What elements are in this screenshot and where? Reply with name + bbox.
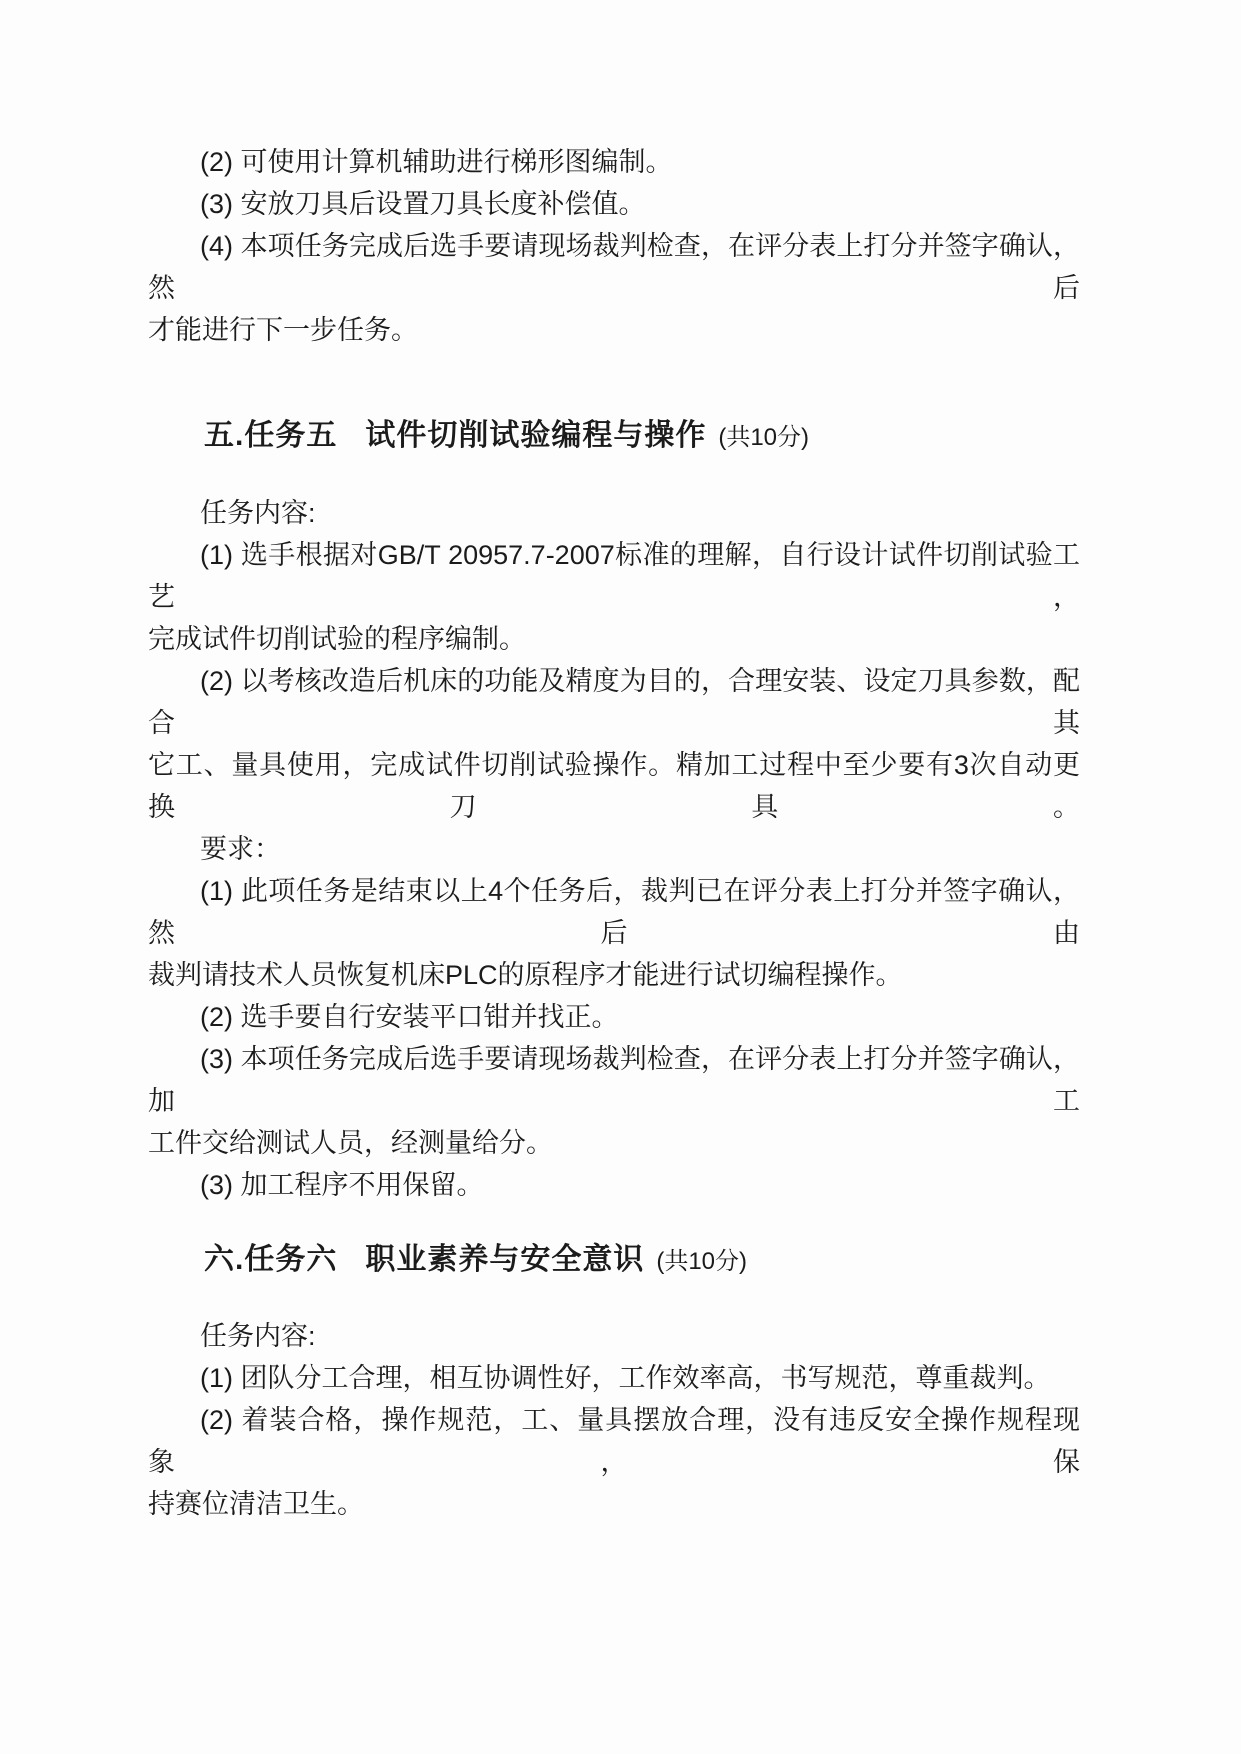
- task5-heading-title: 试件切削试验编程与操作: [365, 414, 706, 458]
- task6-heading: 六.任务六 职业素养与安全意识 (共10分): [148, 1238, 1080, 1284]
- task5-content-label: 任务内容:: [148, 492, 1080, 534]
- task5-require-line-1-continuation: 裁判请技术人员恢复机床PLC的原程序才能进行试切编程操作。: [148, 954, 1080, 996]
- task5-heading-score: (共10分): [718, 416, 809, 460]
- task5-require-line-3-continuation: 工件交给测试人员，经测量给分。: [148, 1122, 1080, 1164]
- task5-require-line-3: (3) 本项任务完成后选手要请现场裁判检查，在评分表上打分并签字确认，加工: [148, 1038, 1080, 1122]
- task4-item-3: (3) 安放刀具后设置刀具长度补偿值。: [148, 183, 1080, 225]
- task4-item-4-continuation: 才能进行下一步任务。: [148, 309, 1080, 351]
- task6-content-line-2-continuation: 持赛位清洁卫生。: [148, 1483, 1080, 1525]
- task6-content-line-1: (1) 团队分工合理，相互协调性好，工作效率高，书写规范，尊重裁判。: [148, 1357, 1080, 1399]
- task6-heading-number: 六.任务六: [204, 1238, 337, 1282]
- task5-heading-number: 五.任务五: [204, 414, 337, 458]
- task6-content-label: 任务内容:: [148, 1315, 1080, 1357]
- task4-item-4: (4) 本项任务完成后选手要请现场裁判检查，在评分表上打分并签字确认，然后: [148, 225, 1080, 309]
- task5-content-line-2: (2) 以考核改造后机床的功能及精度为目的，合理安装、设定刀具参数，配合其: [148, 660, 1080, 744]
- task5-require-line-4: (3) 加工程序不用保留。: [148, 1164, 1080, 1206]
- task5-require-line-1: (1) 此项任务是结束以上4个任务后，裁判已在评分表上打分并签字确认，然后由: [148, 870, 1080, 954]
- task5-require-line-2: (2) 选手要自行安装平口钳并找正。: [148, 996, 1080, 1038]
- task5-content-line-1: (1) 选手根据对GB/T 20957.7-2007标准的理解，自行设计试件切削…: [148, 534, 1080, 618]
- task5-heading: 五.任务五 试件切削试验编程与操作 (共10分): [148, 414, 1080, 460]
- task6-heading-title: 职业素养与安全意识: [365, 1238, 644, 1282]
- document-page: (2) 可使用计算机辅助进行梯形图编制。 (3) 安放刀具后设置刀具长度补偿值。…: [0, 0, 1241, 1754]
- task6-content-line-2: (2) 着装合格，操作规范，工、量具摆放合理，没有违反安全操作规程现象，保: [148, 1399, 1080, 1483]
- page-content: (2) 可使用计算机辅助进行梯形图编制。 (3) 安放刀具后设置刀具长度补偿值。…: [148, 0, 1080, 1525]
- task4-item-2: (2) 可使用计算机辅助进行梯形图编制。: [148, 141, 1080, 183]
- task5-require-label: 要求：: [148, 828, 1080, 870]
- task6-heading-score: (共10分): [656, 1240, 747, 1284]
- task5-content-line-2-continuation: 它工、量具使用，完成试件切削试验操作。精加工过程中至少要有3次自动更换刀具。: [148, 744, 1080, 828]
- task5-content-line-1-continuation: 完成试件切削试验的程序编制。: [148, 618, 1080, 660]
